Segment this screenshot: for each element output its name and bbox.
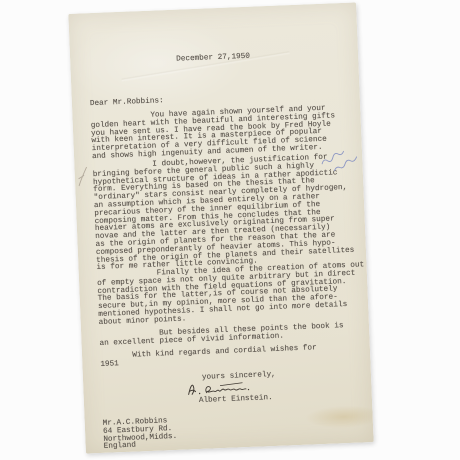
- annotation-line-2: [333, 157, 359, 171]
- paragraph-3: Finally the idea of the creation of atom…: [97, 262, 367, 327]
- signature-tbar: [220, 383, 242, 386]
- pencil-stroke: [78, 167, 87, 185]
- typed-name: Albert Einstein.: [199, 395, 273, 406]
- paragraph-1: You have again shown yourself and your g…: [90, 105, 336, 162]
- date-line: December 27,1950: [176, 54, 250, 65]
- recipient-address: Mr.A.C.Robbins 64 Eastbury Rd. Northwood…: [103, 418, 178, 452]
- signature-stroke-a: [188, 385, 195, 394]
- signature-dot: [199, 393, 200, 394]
- paragraph-5-regards: With kind regards and cordial wishes for…: [100, 345, 317, 369]
- signature-period: [248, 389, 249, 390]
- salutation: Dear Mr.Robbins:: [90, 98, 164, 109]
- pencil-checkmark: [76, 165, 89, 187]
- paragraph-2: I doubt,however, the justification for b…: [92, 154, 355, 273]
- letter-paper: December 27,1950 Dear Mr.Robbins: You ha…: [68, 2, 373, 453]
- annotation-line-1: [320, 151, 345, 164]
- signature-stroke-name: [206, 385, 246, 393]
- pencil-checkmark-icon: [76, 165, 89, 187]
- paper-crease: [119, 37, 292, 94]
- letter-scan-page: { "letter": { "date": "December 27,1950"…: [0, 0, 460, 460]
